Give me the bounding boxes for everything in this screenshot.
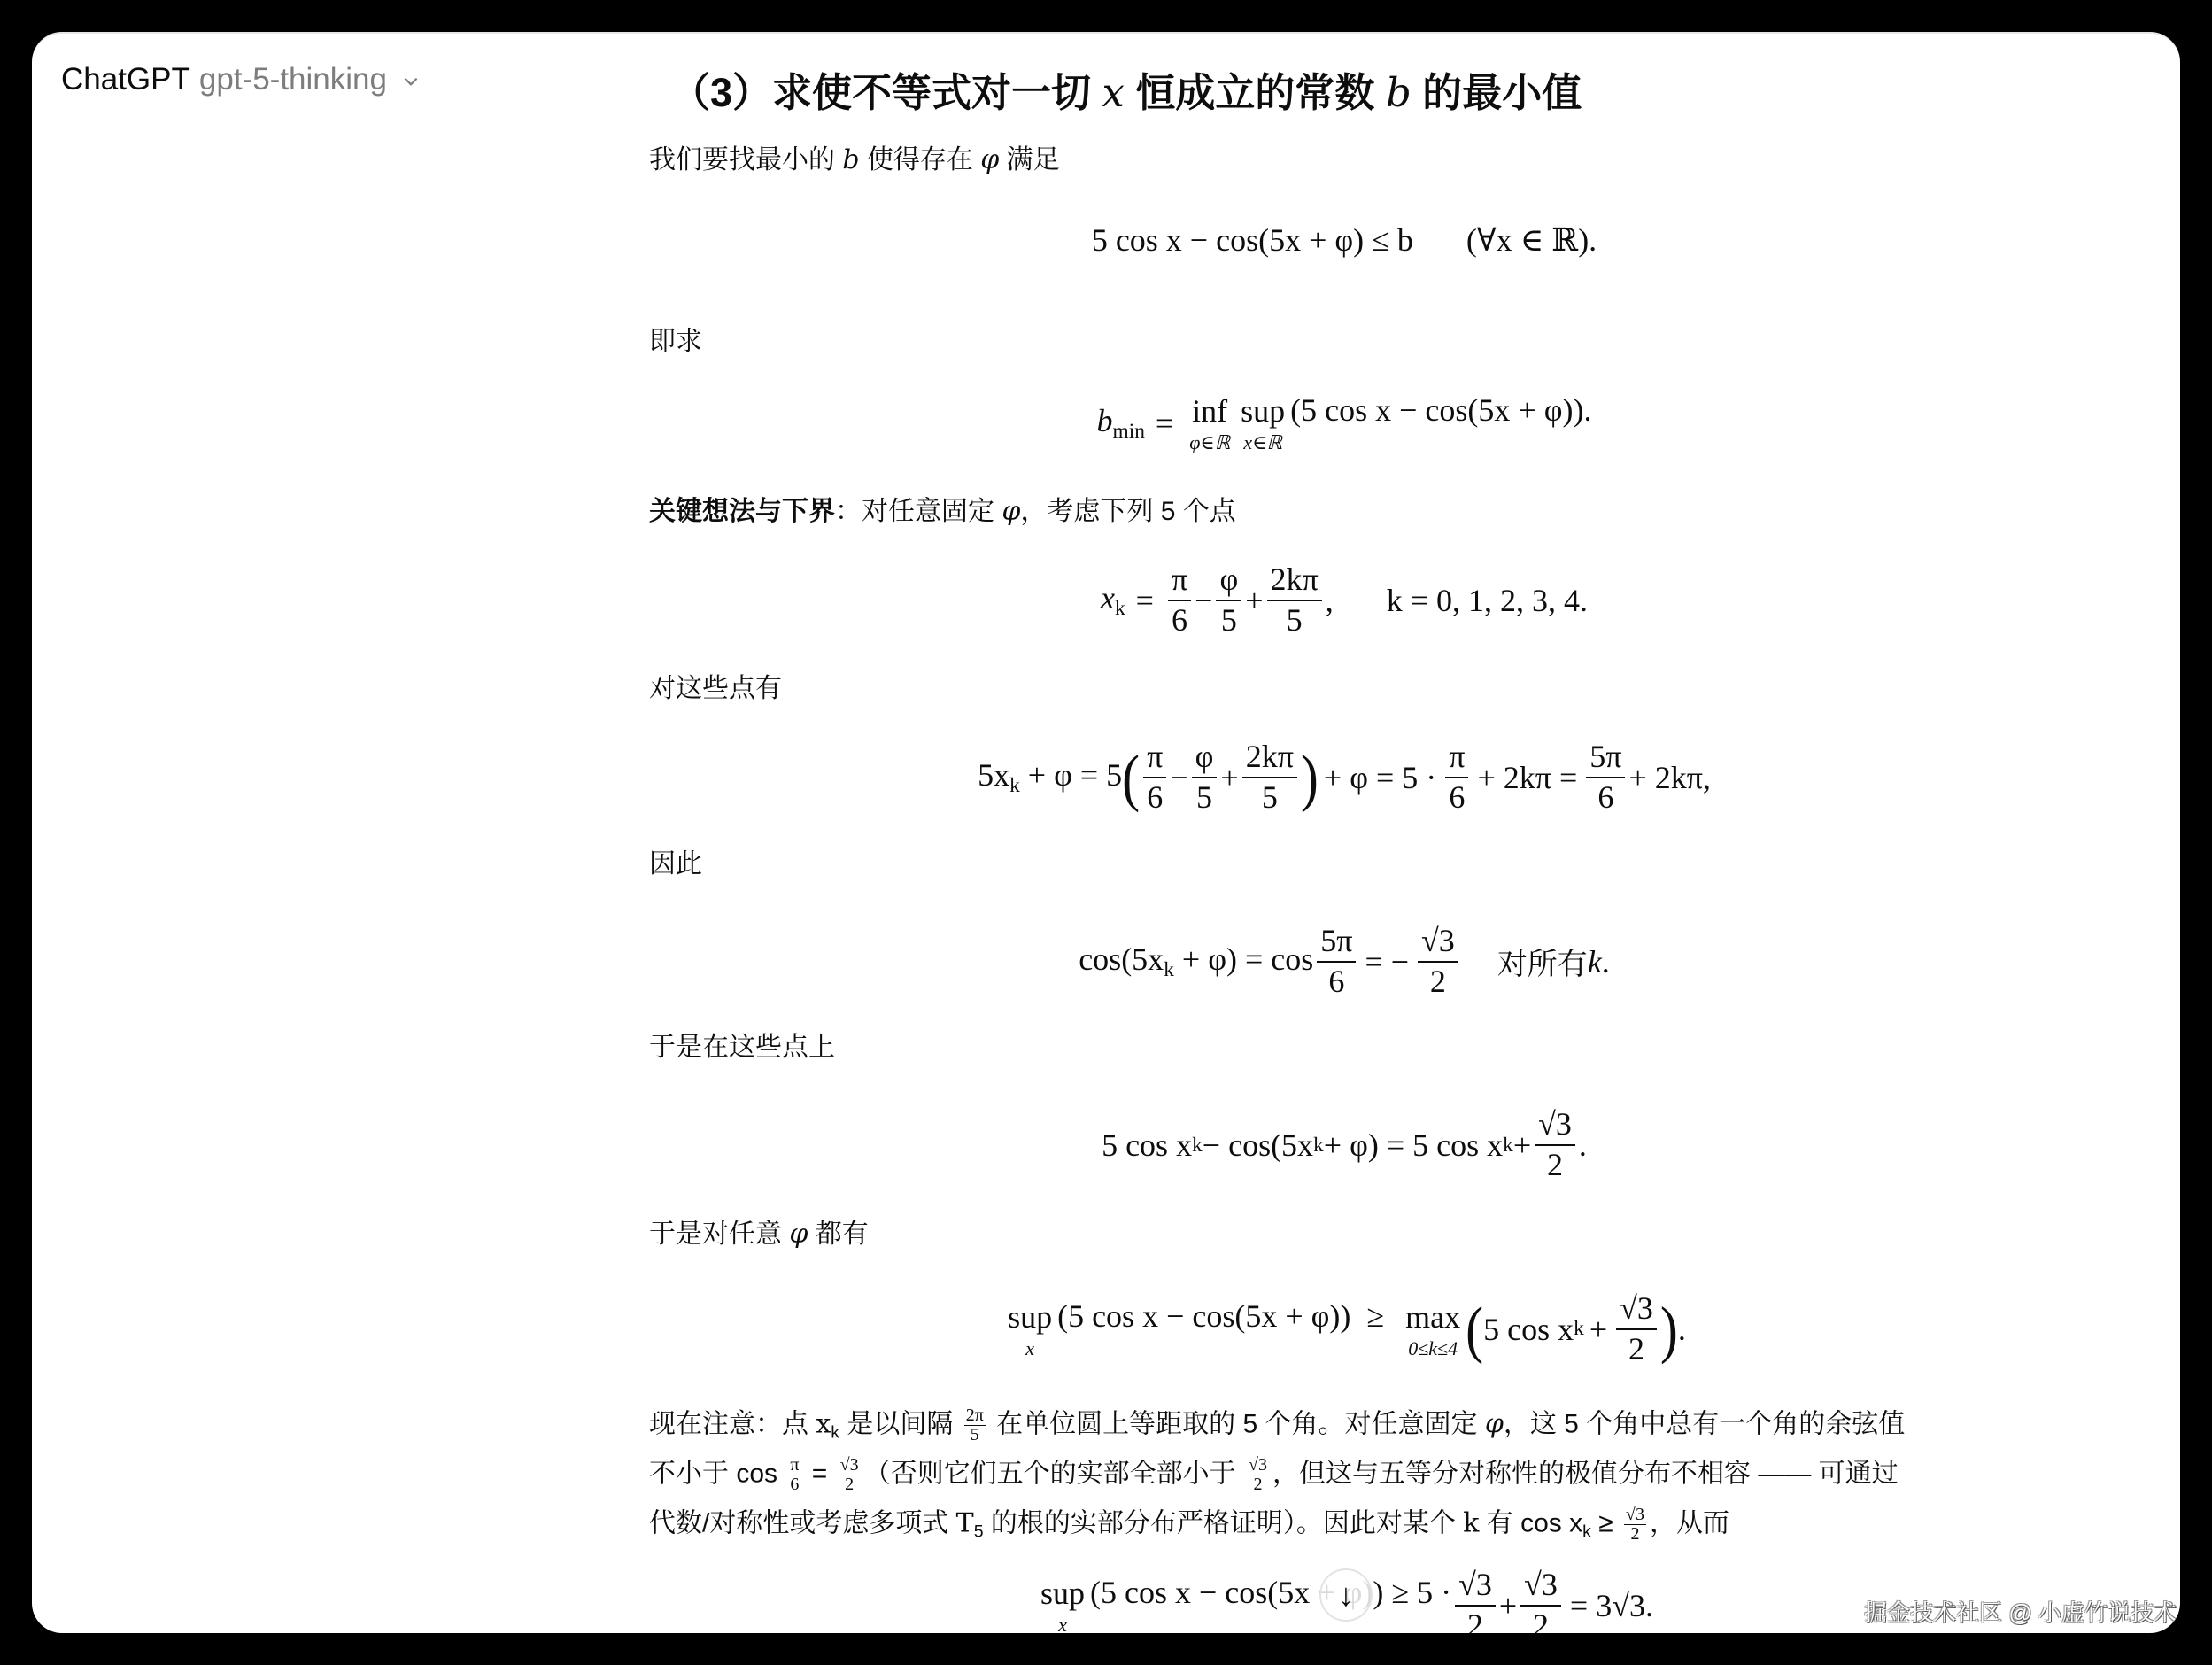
operator: +	[1245, 582, 1263, 619]
inline-fraction: √32	[839, 1456, 861, 1494]
math-var: x	[816, 1408, 831, 1439]
math-var: φ	[980, 144, 999, 175]
numerator: √3	[1247, 1456, 1269, 1475]
math-var: k	[1463, 1507, 1479, 1538]
text: 现在注意：点	[649, 1409, 816, 1438]
operator: =	[1136, 582, 1154, 619]
paragraph: 关键想法与下界：对任意固定 φ，考虑下列 5 个点	[649, 494, 1236, 530]
model-selector[interactable]: ChatGPT gpt-5-thinking	[61, 62, 421, 97]
math-expr: + 2kπ =	[1477, 759, 1577, 796]
operator: +	[1589, 1311, 1607, 1348]
equation: supx (5 cos x − cos(5x + φ)) ≥ max0≤k≤4 …	[649, 1278, 2039, 1380]
denominator: 2	[845, 1475, 854, 1494]
equation: cos(5xk + φ) = cos 5π6 = − √32 对所有 k.	[649, 915, 2039, 1008]
math-var: x	[1102, 69, 1125, 116]
numerator: 5π	[1586, 740, 1625, 778]
denominator: 2	[1628, 1330, 1644, 1367]
punctuation: .	[1602, 943, 1610, 980]
text: 在单位圆上等距取的 5 个角。对任意固定	[989, 1409, 1485, 1438]
numerator: π	[1168, 562, 1191, 601]
fraction: π6	[1445, 740, 1468, 815]
text: 即求	[649, 327, 702, 356]
equation: 5 cos xk − cos(5xk + φ) = 5 cos xk + √32…	[649, 1096, 2039, 1194]
operator: +	[1499, 1587, 1517, 1624]
math-expr: 5 cos x	[1102, 1127, 1192, 1164]
paragraph: 对这些点有	[649, 671, 782, 707]
subscript: k	[1574, 1317, 1584, 1341]
paragraph: 于是对任意 φ 都有	[649, 1217, 869, 1252]
fraction: 5π6	[1317, 924, 1356, 999]
numerator: 2kπ	[1267, 562, 1322, 601]
equation-body: (5 cos x − cos(5x + φ)).	[1290, 391, 1591, 429]
app-name: ChatGPT	[61, 62, 190, 97]
section-heading: （3）求使不等式对一切 x 恒成立的常数 b 的最小值	[670, 60, 1582, 118]
fraction: π6	[1143, 740, 1166, 815]
math-var: T	[956, 1507, 974, 1538]
equation-body: (5 cos x − cos(5x + φ))	[1057, 1297, 1350, 1335]
paragraph: 因此	[649, 847, 702, 882]
denominator: 2	[1253, 1475, 1262, 1494]
text: 不小于 cos	[649, 1459, 785, 1488]
max-operator: max0≤k≤4	[1405, 1298, 1460, 1360]
equation: bmin = infφ∈ℝ supx∈ℝ (5 cos x − cos(5x +…	[649, 383, 2039, 463]
chat-window: ChatGPT gpt-5-thinking （3）求使不等式对一切 x 恒成立…	[32, 32, 2180, 1633]
fraction: φ5	[1192, 740, 1218, 815]
equation-range: k = 0, 1, 2, 3, 4.	[1387, 582, 1588, 619]
right-paren: )	[1301, 746, 1319, 809]
text: 于是在这些点上	[649, 1033, 835, 1062]
math-expr: − cos(5x	[1203, 1127, 1313, 1164]
punctuation: ,	[1326, 582, 1334, 619]
numerator: φ	[1192, 740, 1218, 778]
fraction: π6	[1168, 562, 1191, 638]
text: （否则它们五个的实部全部小于	[864, 1459, 1243, 1488]
op-name: sup	[1008, 1298, 1052, 1336]
inline-fraction: 2π5	[964, 1406, 986, 1444]
operator: +	[1513, 1127, 1531, 1164]
text: 是以间隔	[839, 1409, 961, 1438]
text: 于是对任意	[649, 1220, 789, 1249]
inf-operator: infφ∈ℝ	[1189, 392, 1230, 454]
subscript: 5	[974, 1522, 984, 1541]
fraction: √32	[1455, 1568, 1496, 1633]
denominator: 6	[1597, 778, 1613, 816]
fraction: 2kπ5	[1242, 740, 1297, 815]
fraction: 5π6	[1586, 740, 1625, 815]
denominator: 5	[1287, 601, 1303, 639]
subscript: k	[831, 1422, 839, 1442]
bold-text: 关键想法与下界	[649, 497, 835, 526]
arrow-down-icon: ↓	[1338, 1576, 1354, 1614]
numerator: φ	[1216, 562, 1241, 601]
equation-rhs: (∀x ∈ ℝ).	[1466, 221, 1597, 259]
subscript: k	[1115, 598, 1125, 621]
subscript: min	[1113, 421, 1145, 444]
text: 对这些点有	[649, 674, 782, 703]
subscript: k	[1164, 958, 1174, 981]
math-var: b	[842, 144, 859, 175]
math-expr: 5x	[978, 757, 1009, 793]
math-var: φ	[789, 1219, 808, 1250]
op-sub: φ∈ℝ	[1189, 431, 1230, 454]
operator: ≥	[1591, 1508, 1620, 1537]
denominator: 6	[790, 1475, 799, 1494]
math-expr: + φ = 5	[1020, 757, 1122, 793]
op-sub: x∈ℝ	[1243, 431, 1281, 454]
punctuation: .	[1579, 1127, 1587, 1164]
equation: xk = π6 − φ5 + 2kπ5 , k = 0, 1, 2, 3, 4.	[649, 556, 2039, 645]
right-paren: )	[1660, 1297, 1678, 1361]
paragraph: 我们要找最小的 b 使得存在 φ 满足	[649, 143, 1060, 178]
denominator: 2	[1533, 1607, 1549, 1633]
operator: −	[1170, 759, 1187, 796]
equation: 5 cos x − cos(5x + φ) ≤ b(∀x ∈ ℝ).	[649, 218, 2039, 262]
denominator: 5	[1221, 601, 1237, 639]
sup-operator: supx	[1040, 1575, 1085, 1633]
paragraph-line: 代数/对称性或考虑多项式 T5 的根的实部分布严格证明）。因此对某个 k 有 c…	[649, 1506, 1729, 1549]
denominator: 5	[1262, 778, 1278, 816]
subscript: k	[1313, 1134, 1324, 1158]
paragraph-line: 不小于 cos π6 = √32（否则它们五个的实部全部小于 √32，但这与五等…	[649, 1456, 1899, 1494]
sup-operator: supx	[1008, 1298, 1052, 1360]
text: ：对任意固定	[835, 497, 1002, 526]
operator: =	[1156, 405, 1173, 442]
numerator: √3	[1616, 1291, 1657, 1330]
equation-lhs: 5 cos x − cos(5x + φ) ≤ b	[1092, 221, 1413, 259]
math-var: φ	[1485, 1408, 1504, 1439]
fraction: √32	[1616, 1291, 1657, 1367]
text: 有 cos x	[1479, 1508, 1582, 1537]
math-expr: + φ = 5 ·	[1324, 759, 1436, 796]
fraction: φ5	[1216, 562, 1241, 638]
chevron-down-icon	[401, 72, 421, 91]
math-var: b	[1386, 69, 1412, 116]
subscript: k	[1009, 775, 1020, 798]
numerator: 2π	[964, 1406, 986, 1426]
model-name: gpt-5-thinking	[199, 62, 387, 97]
left-paren: (	[1122, 746, 1140, 809]
numerator: 5π	[1317, 924, 1356, 963]
math-var: x	[1101, 580, 1115, 616]
heading-text: 的最小值	[1412, 70, 1582, 115]
op-sub: x	[1025, 1337, 1034, 1360]
numerator: √3	[1624, 1506, 1646, 1525]
text: ，考虑下列 5 个点	[1020, 497, 1235, 526]
denominator: 5	[1196, 778, 1212, 816]
op-name: sup	[1241, 392, 1285, 430]
operator: =	[804, 1459, 834, 1488]
fraction: √32	[1535, 1107, 1575, 1182]
math-expr: + φ) = 5 cos x	[1324, 1127, 1503, 1164]
op-sub: x	[1058, 1614, 1067, 1633]
numerator: √3	[1535, 1107, 1575, 1146]
text: ，这 5 个角中总有一个角的余弦值	[1504, 1409, 1905, 1438]
scroll-to-bottom-button[interactable]: ↓	[1319, 1568, 1373, 1622]
text: 我们要找最小的	[649, 145, 842, 174]
heading-text: （3）求使不等式对一切	[670, 70, 1102, 115]
math-expr: cos(5x	[1079, 941, 1164, 977]
numerator: √3	[1455, 1568, 1496, 1607]
equation: 5xk + φ = 5 ( π6 − φ5 + 2kπ5 ) + φ = 5 ·…	[649, 733, 2039, 822]
denominator: 6	[1172, 601, 1187, 639]
op-name: max	[1405, 1298, 1460, 1336]
watermark: 掘金技术社区 @ 小虚竹说技术	[1864, 1595, 2177, 1628]
fraction: 2kπ5	[1267, 562, 1322, 638]
numerator: π	[1143, 740, 1166, 778]
equation-body: (5 cos x − cos(5x + φ)) ≥ 5 ·	[1090, 1574, 1451, 1611]
numerator: 2kπ	[1242, 740, 1297, 778]
math-expr: 5 cos x	[1483, 1311, 1574, 1348]
math-var: k	[1588, 943, 1602, 980]
text: 都有	[808, 1220, 868, 1249]
op-name: sup	[1040, 1575, 1085, 1612]
denominator: 2	[1630, 1525, 1639, 1544]
math-expr: + φ) = cos	[1174, 941, 1313, 977]
math-expr: = 3√3.	[1570, 1587, 1653, 1624]
denominator: 6	[1449, 778, 1465, 816]
math-var: φ	[1002, 496, 1020, 527]
heading-text: 恒成立的常数	[1125, 70, 1386, 115]
op-name: inf	[1192, 392, 1227, 430]
math-expr: = −	[1365, 943, 1409, 980]
denominator: 6	[1147, 778, 1163, 816]
paragraph: 于是在这些点上	[649, 1030, 835, 1065]
operator: −	[1195, 582, 1212, 619]
text: 代数/对称性或考虑多项式	[649, 1508, 956, 1537]
text: ，从而	[1650, 1508, 1729, 1537]
math-expr: + 2kπ,	[1628, 759, 1710, 796]
punctuation: .	[1678, 1311, 1686, 1348]
text: 的根的实部分布严格证明）。因此对某个	[984, 1508, 1464, 1537]
left-paren: (	[1466, 1297, 1483, 1361]
text: 使得存在	[860, 145, 981, 174]
numerator: π	[788, 1456, 800, 1475]
subscript: k	[1503, 1134, 1513, 1158]
denominator: 5	[971, 1426, 979, 1444]
numerator: √3	[839, 1456, 861, 1475]
subscript: k	[1192, 1134, 1203, 1158]
op-sub: 0≤k≤4	[1408, 1337, 1458, 1360]
subscript: k	[1582, 1522, 1591, 1541]
paragraph: 即求	[649, 324, 702, 360]
numerator: π	[1445, 740, 1468, 778]
denominator: 6	[1328, 963, 1344, 1000]
text: 因此	[649, 849, 702, 879]
text: 满足	[999, 145, 1059, 174]
paragraph: 现在注意：点 xk 是以间隔 2π5 在单位圆上等距取的 5 个角。对任意固定 …	[649, 1406, 1905, 1450]
text: 对所有	[1497, 940, 1588, 983]
sup-operator: supx∈ℝ	[1241, 392, 1285, 454]
text: ，但这与五等分对称性的极值分布不相容 —— 可通过	[1272, 1459, 1899, 1488]
inline-fraction: π6	[788, 1456, 800, 1494]
inline-fraction: √32	[1624, 1506, 1646, 1544]
denominator: 2	[1467, 1607, 1483, 1633]
inline-fraction: √32	[1247, 1456, 1269, 1494]
numerator: √3	[1520, 1568, 1561, 1607]
denominator: 2	[1430, 963, 1446, 1000]
operator: +	[1220, 759, 1238, 796]
denominator: 2	[1547, 1146, 1563, 1183]
fraction: √32	[1520, 1568, 1561, 1633]
math-var: b	[1097, 403, 1113, 438]
fraction: √32	[1418, 924, 1458, 999]
operator: ≥	[1366, 1297, 1384, 1335]
numerator: √3	[1418, 924, 1458, 963]
